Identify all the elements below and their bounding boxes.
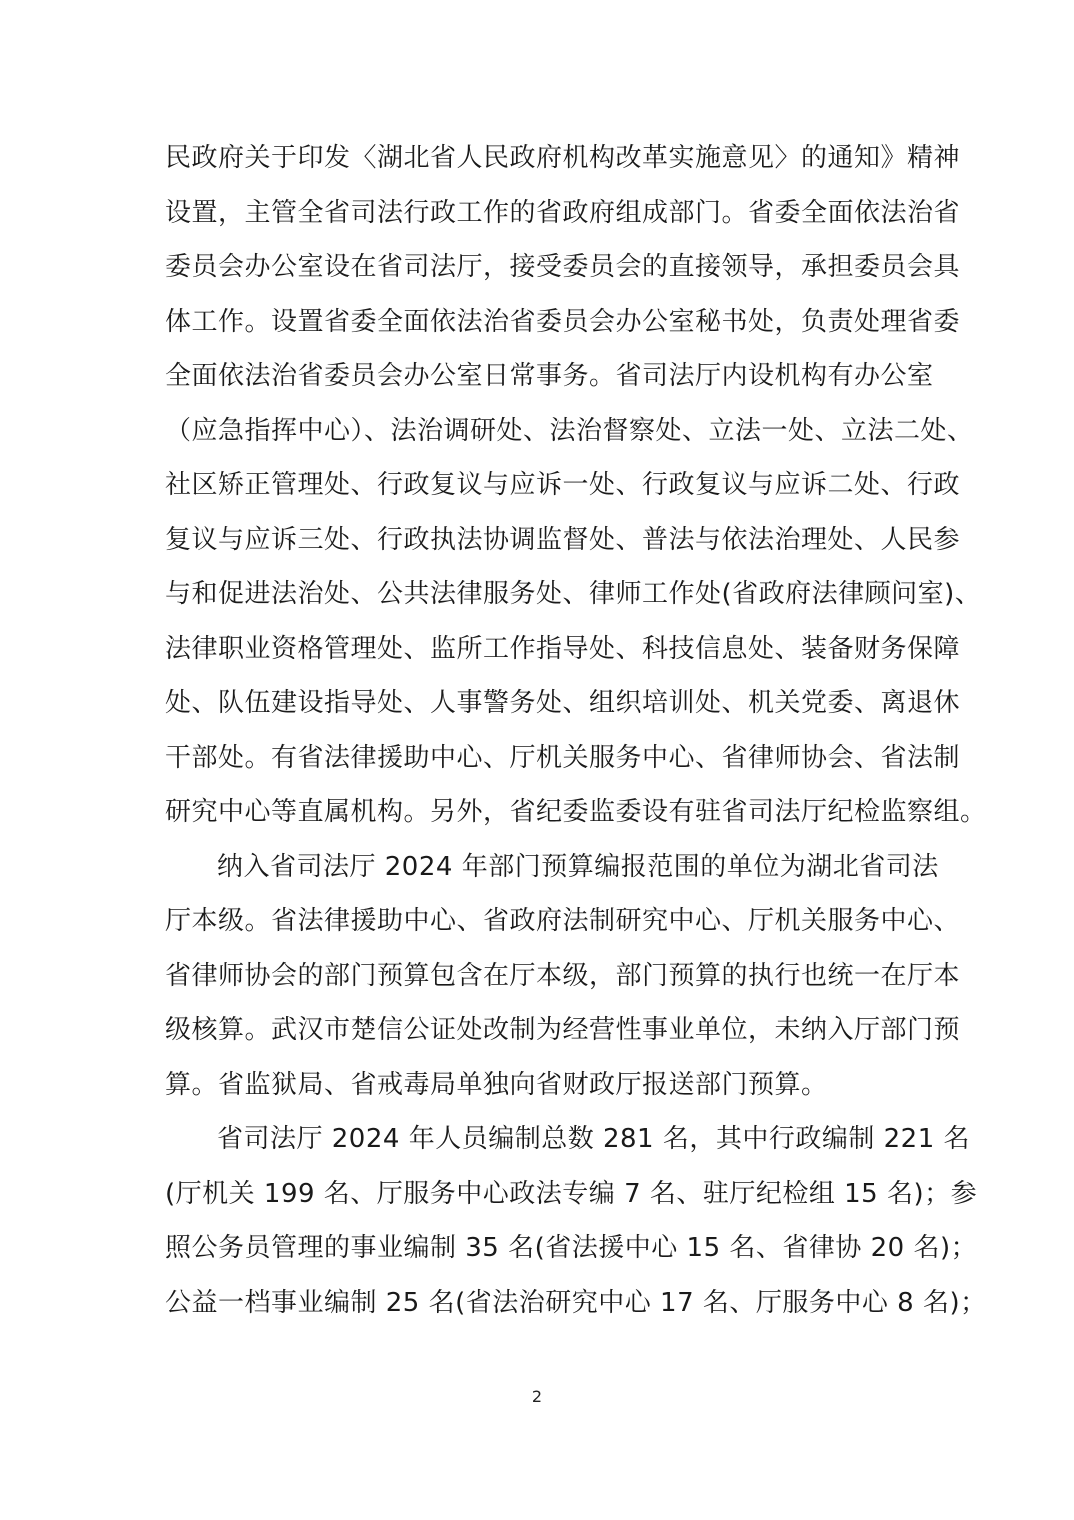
text-line: 复议与应诉三处、行政执法协调监督处、普法与依法治理处、人民参 (165, 518, 911, 573)
text-line: 法律职业资格管理处、监所工作指导处、科技信息处、装备财务保障 (165, 627, 911, 682)
text-line: 委员会办公室设在省司法厅，接受委员会的直接领导，承担委员会具 (165, 245, 911, 300)
text-line: 厅本级。省法律援助中心、省政府法制研究中心、厅机关服务中心、 (165, 899, 911, 954)
text-line: 与和促进法治处、公共法律服务处、律师工作处(省政府法律顾问室)、 (165, 572, 911, 627)
document-page: 民政府关于印发〈湖北省人民政府机构改革实施意见〉的通知》精神 设置，主管全省司法… (0, 0, 1074, 1520)
text-line: 公益一档事业编制 25 名(省法治研究中心 17 名、厅服务中心 8 名)； (165, 1281, 911, 1336)
text-line-paragraph-end: 算。省监狱局、省戒毒局单独向省财政厅报送部门预算。 (165, 1063, 911, 1118)
text-line: 体工作。设置省委全面依法治省委员会办公室秘书处，负责处理省委 (165, 300, 911, 355)
text-line-paragraph-start: 纳入省司法厅 2024 年部门预算编报范围的单位为湖北省司法 (165, 845, 911, 900)
text-line: 照公务员管理的事业编制 35 名(省法援中心 15 名、省律协 20 名)； (165, 1226, 911, 1281)
body-text: 民政府关于印发〈湖北省人民政府机构改革实施意见〉的通知》精神 设置，主管全省司法… (165, 136, 911, 1335)
text-line-paragraph-end: 研究中心等直属机构。另外，省纪委监委设有驻省司法厅纪检监察组。 (165, 790, 911, 845)
text-line: (厅机关 199 名、厅服务中心政法专编 7 名、驻厅纪检组 15 名)；参 (165, 1172, 911, 1227)
text-line: 民政府关于印发〈湖北省人民政府机构改革实施意见〉的通知》精神 (165, 136, 911, 191)
text-line-paragraph-start: 省司法厅 2024 年人员编制总数 281 名，其中行政编制 221 名 (165, 1117, 911, 1172)
text-line: 级核算。武汉市楚信公证处改制为经营性事业单位，未纳入厅部门预 (165, 1008, 911, 1063)
text-line: 干部处。有省法律援助中心、厅机关服务中心、省律师协会、省法制 (165, 736, 911, 791)
page-number: 2 (0, 1387, 1074, 1406)
text-line: 社区矫正管理处、行政复议与应诉一处、行政复议与应诉二处、行政 (165, 463, 911, 518)
text-line: 省律师协会的部门预算包含在厅本级，部门预算的执行也统一在厅本 (165, 954, 911, 1009)
text-line: （应急指挥中心）、法治调研处、法治督察处、立法一处、立法二处、 (165, 409, 911, 464)
text-line: 设置，主管全省司法行政工作的省政府组成部门。省委全面依法治省 (165, 191, 911, 246)
text-line: 全面依法治省委员会办公室日常事务。省司法厅内设机构有办公室 (165, 354, 911, 409)
text-line: 处、队伍建设指导处、人事警务处、组织培训处、机关党委、离退休 (165, 681, 911, 736)
